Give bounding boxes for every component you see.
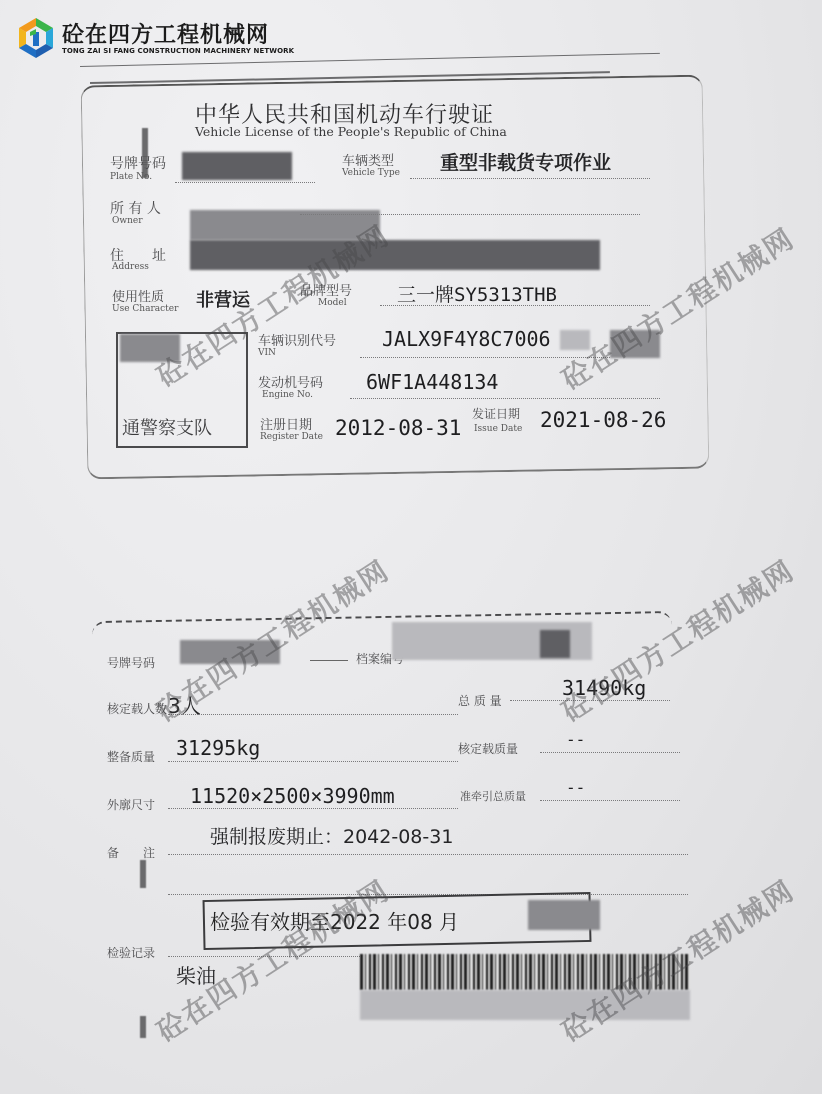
dotted-line [380, 305, 650, 306]
engine-no-label: 发动机号码 [258, 372, 323, 391]
curb-mass-label: 整备质量 [107, 748, 155, 765]
rated-load-value: -- [566, 730, 585, 749]
address-redacted [190, 240, 600, 270]
register-date-label: 注册日期 [260, 414, 312, 433]
dotted-line [350, 398, 660, 399]
engine-no-value: 6WF1A448134 [366, 370, 498, 394]
use-character-label-en: Use Character [112, 304, 178, 314]
vin-label-en: VIN [258, 348, 276, 358]
vin-label: 车辆识别代号 [258, 330, 336, 349]
register-date-label-en: Register Date [260, 432, 323, 442]
issue-date-value: 2021-08-26 [540, 408, 666, 432]
dotted-line [540, 800, 680, 801]
dotted-line [310, 660, 348, 661]
plate-redacted [182, 152, 292, 180]
address-label-en: Address [112, 262, 149, 272]
model-label-en: Model [318, 298, 347, 308]
engine-no-label-en: Engine No. [262, 390, 313, 400]
plate-label-en: Plate No. [110, 172, 152, 182]
curb-mass-value: 31295kg [176, 736, 260, 760]
pen-mark [140, 1016, 146, 1038]
rated-load-label: 核定载质量 [458, 740, 518, 757]
dimensions-label: 外廓尺寸 [107, 796, 155, 813]
dotted-line [540, 752, 680, 753]
tow-mass-label: 准牵引总质量 [460, 788, 526, 804]
dotted-line [168, 808, 458, 809]
vehicle-type-value: 重型非载货专项作业 [440, 148, 611, 175]
brand-name-en: TONG ZAI SI FANG CONSTRUCTION MACHINERY … [62, 47, 294, 55]
dotted-line [410, 178, 650, 179]
plate-label: 号牌号码 [110, 153, 166, 173]
dotted-line [300, 214, 640, 215]
issue-date-label-en: Issue Date [474, 424, 522, 434]
dotted-line [175, 182, 315, 183]
vehicle-type-label: 车辆类型 [342, 150, 394, 169]
cube-logo-icon [16, 16, 56, 60]
inspection-label: 检验记录 [107, 944, 155, 961]
pen-mark [140, 860, 146, 888]
dotted-line [168, 854, 688, 855]
police-seal-text: 通警察支队 [122, 414, 212, 440]
owner-label: 所 有 人 [110, 198, 161, 218]
dimensions-value: 11520×2500×3990mm [190, 784, 395, 808]
site-logo: 砼在四方工程机械网 TONG ZAI SI FANG CONSTRUCTION … [16, 16, 286, 66]
remarks-label: 备 注 [107, 844, 155, 861]
remarks-value: 强制报废期止：2042-08-31 [210, 822, 453, 849]
register-date-value: 2012-08-31 [335, 416, 461, 440]
vehicle-type-label-en: Vehicle Type [342, 168, 400, 178]
tow-mass-value: -- [566, 778, 585, 797]
vin-value: JALX9F4Y8C7006 [382, 327, 551, 351]
dotted-line [168, 714, 458, 715]
back-plate-label: 号牌号码 [107, 654, 155, 671]
total-mass-label: 总 质 量 [458, 692, 502, 709]
issue-date-label: 发证日期 [472, 405, 520, 422]
use-character-label: 使用性质 [112, 286, 164, 305]
brand-name-cn: 砼在四方工程机械网 [62, 18, 269, 49]
dotted-line [168, 761, 458, 762]
model-value: 三一牌SY5313THB [397, 280, 557, 307]
license-title-en: Vehicle License of the People's Republic… [195, 124, 507, 139]
owner-label-en: Owner [112, 216, 143, 226]
inspection-redacted [528, 900, 600, 930]
redacted-block [540, 630, 570, 658]
